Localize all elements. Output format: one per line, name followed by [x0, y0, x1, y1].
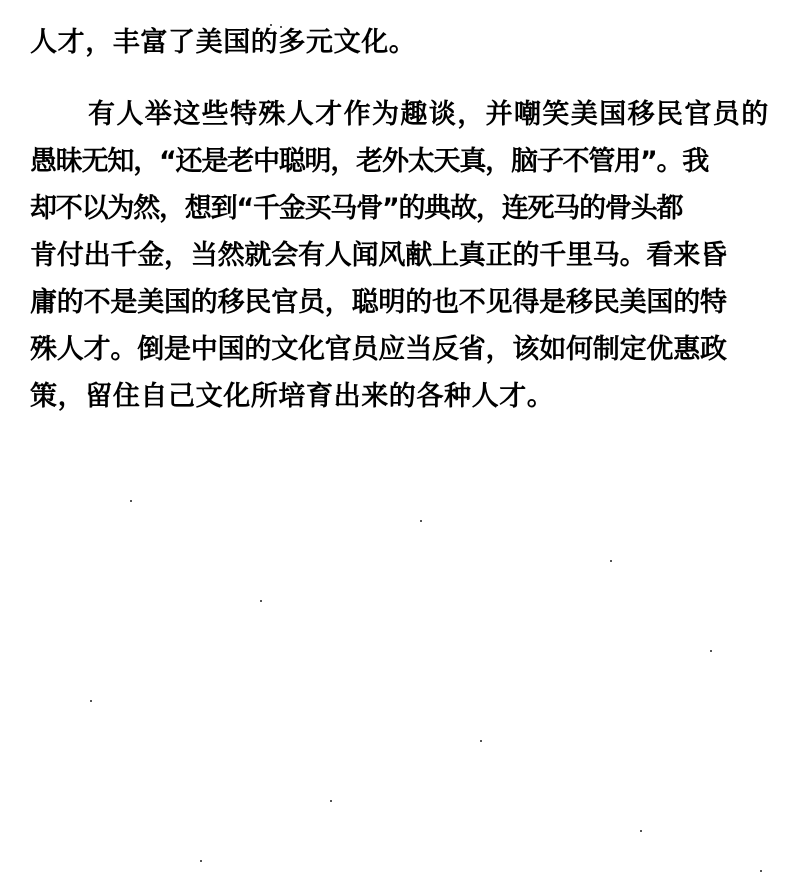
text-line: 却不以为然，想到“千金买马骨”的典故，连死马的骨头都	[30, 193, 682, 225]
scan-speck	[370, 44, 372, 46]
scan-speck	[640, 830, 642, 832]
text-line: 庸的不是美国的移民官员，聪明的也不见得是移民美国的特	[30, 287, 727, 319]
scan-speck	[130, 500, 132, 502]
scan-speck	[710, 650, 712, 652]
scan-speck	[270, 24, 272, 26]
scan-speck	[760, 870, 762, 872]
text-line: 愚昧无知，“还是老中聪明，老外太天真，脑子不管用”。我	[30, 146, 708, 178]
text-line: 有人举这些特殊人才作为趣谈，并嘲笑美国移民官员的	[88, 99, 770, 131]
text-line: 肯付出千金，当然就会有人闻风献上真正的千里马。看来昏	[30, 240, 727, 272]
scan-speck	[260, 600, 262, 602]
scan-speck	[330, 800, 332, 802]
text-line: 策，留住自己文化所培育出来的各种人才。	[30, 381, 554, 413]
scan-speck	[610, 560, 612, 562]
scan-speck	[280, 26, 282, 28]
scanned-page: 人才，丰富了美国的多元文化。 有人举这些特殊人才作为趣谈，并嘲笑美国移民官员的 …	[0, 0, 804, 889]
scan-speck	[480, 740, 482, 742]
scan-speck	[90, 700, 92, 702]
scan-speck	[420, 520, 422, 522]
text-line: 人才，丰富了美国的多元文化。	[30, 27, 416, 59]
text-line: 殊人才。倒是中国的文化官员应当反省，该如何制定优惠政	[30, 334, 727, 366]
scan-speck	[200, 860, 202, 862]
